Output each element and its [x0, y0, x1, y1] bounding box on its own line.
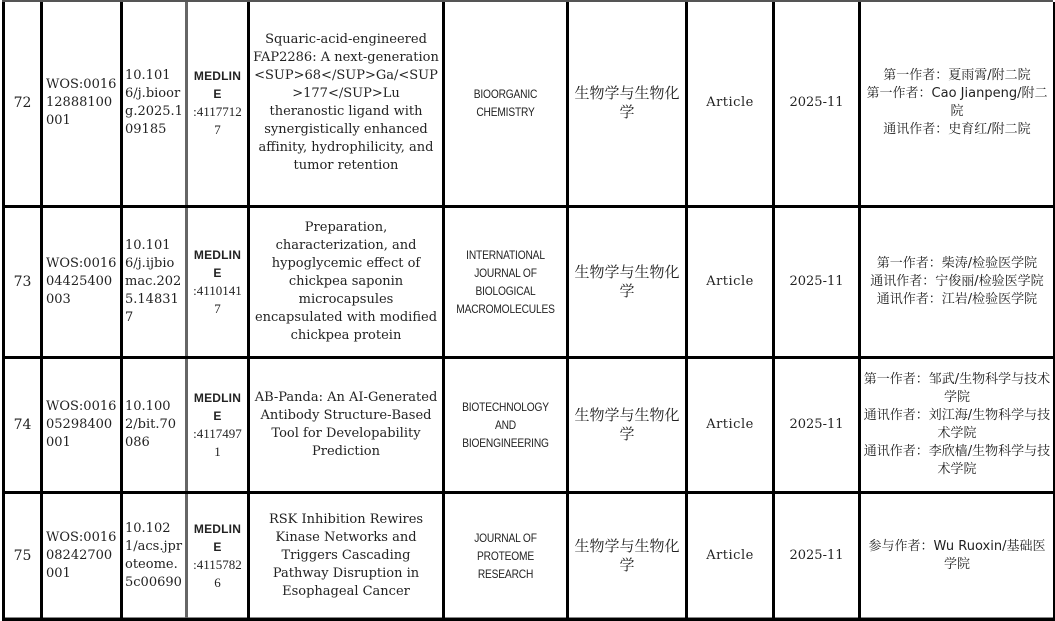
table-row: 73 WOS:001604425400003 10.1016/j.ijbioma… — [4, 206, 1055, 357]
document-type: Article — [687, 206, 774, 357]
row-number: 74 — [4, 357, 42, 492]
doi: 10.1002/bit.70086 — [122, 357, 187, 492]
journal-name-text: BIOORGANIC CHEMISTRY — [456, 85, 555, 121]
subject-category: 生物学与生物化学 — [568, 206, 687, 357]
wos-id: WOS:001605298400001 — [42, 357, 122, 492]
medline-prefix: MEDLINE — [194, 69, 241, 101]
subject-category: 生物学与生物化学 — [568, 2, 687, 206]
doi: 10.1016/j.bioorg.2025.109185 — [122, 2, 187, 206]
document-type: Article — [687, 357, 774, 492]
medline-id: MEDLINE:41174971 — [187, 357, 249, 492]
wos-id: WOS:001604425400003 — [42, 206, 122, 357]
medline-number: :41157826 — [193, 557, 242, 590]
article-title: RSK Inhibition Rewires Kinase Networks a… — [249, 492, 444, 619]
document-type: Article — [687, 2, 774, 206]
author-entry: 通讯作者：宁俊丽/检验医学院 — [863, 273, 1051, 291]
journal-name: INTERNATIONAL JOURNAL OF BIOLOGICAL MACR… — [444, 206, 568, 357]
publication-table: 72 WOS:001612888100001 10.1016/j.bioorg.… — [2, 2, 1055, 619]
row-number: 73 — [4, 206, 42, 357]
journal-name-text: BIOTECHNOLOGY AND BIOENGINEERING — [456, 398, 555, 452]
row-number: 75 — [4, 492, 42, 619]
author-entry: 通讯作者：江岩/检验医学院 — [863, 291, 1051, 309]
table-row: 72 WOS:001612888100001 10.1016/j.bioorg.… — [4, 2, 1055, 206]
author-entry: 第一作者：夏雨霄/附二院 — [863, 67, 1051, 85]
subject-category: 生物学与生物化学 — [568, 357, 687, 492]
medline-number: :41101417 — [193, 283, 242, 316]
subject-category: 生物学与生物化学 — [568, 492, 687, 619]
medline-prefix: MEDLINE — [194, 248, 241, 280]
authors: 第一作者：夏雨霄/附二院 第一作者：Cao Jianpeng/附二院 通讯作者：… — [860, 2, 1055, 206]
table-row: 75 WOS:001608242700001 10.1021/acs.jprot… — [4, 492, 1055, 619]
publication-date: 2025-11 — [774, 2, 860, 206]
author-entry: 通讯作者：刘江海/生物科学与技术学院 — [863, 407, 1051, 443]
doi: 10.1021/acs.jproteome.5c00690 — [122, 492, 187, 619]
publication-date: 2025-11 — [774, 357, 860, 492]
author-entry: 第一作者：柴涛/检验医学院 — [863, 255, 1051, 273]
authors: 参与作者：Wu Ruoxin/基础医学院 — [860, 492, 1055, 619]
publication-date: 2025-11 — [774, 206, 860, 357]
medline-number: :41177127 — [193, 104, 242, 137]
medline-id: MEDLINE:41177127 — [187, 2, 249, 206]
doi: 10.1016/j.ijbiomac.2025.148317 — [122, 206, 187, 357]
journal-name: BIOTECHNOLOGY AND BIOENGINEERING — [444, 357, 568, 492]
medline-id: MEDLINE:41101417 — [187, 206, 249, 357]
author-entry: 第一作者：Cao Jianpeng/附二院 — [863, 85, 1051, 121]
row-number: 72 — [4, 2, 42, 206]
medline-id: MEDLINE:41157826 — [187, 492, 249, 619]
journal-name: JOURNAL OF PROTEOME RESEARCH — [444, 492, 568, 619]
article-title: Squaric-acid-engineered FAP2286: A next-… — [249, 2, 444, 206]
author-entry: 参与作者：Wu Ruoxin/基础医学院 — [863, 538, 1051, 574]
authors: 第一作者：邹武/生物科学与技术学院 通讯作者：刘江海/生物科学与技术学院 通讯作… — [860, 357, 1055, 492]
journal-name: BIOORGANIC CHEMISTRY — [444, 2, 568, 206]
author-entry: 通讯作者：李欣樯/生物科学与技术学院 — [863, 443, 1051, 479]
wos-id: WOS:001612888100001 — [42, 2, 122, 206]
table-row: 74 WOS:001605298400001 10.1002/bit.70086… — [4, 357, 1055, 492]
journal-name-text: INTERNATIONAL JOURNAL OF BIOLOGICAL MACR… — [456, 246, 555, 318]
author-entry: 通讯作者：史育红/附二院 — [863, 121, 1051, 139]
document-type: Article — [687, 492, 774, 619]
medline-prefix: MEDLINE — [194, 522, 241, 554]
authors: 第一作者：柴涛/检验医学院 通讯作者：宁俊丽/检验医学院 通讯作者：江岩/检验医… — [860, 206, 1055, 357]
medline-prefix: MEDLINE — [194, 391, 241, 423]
publication-date: 2025-11 — [774, 492, 860, 619]
article-title: Preparation, characterization, and hypog… — [249, 206, 444, 357]
author-entry: 第一作者：邹武/生物科学与技术学院 — [863, 371, 1051, 407]
article-title: AB-Panda: An AI-Generated Antibody Struc… — [249, 357, 444, 492]
medline-number: :41174971 — [193, 426, 242, 459]
wos-id: WOS:001608242700001 — [42, 492, 122, 619]
publication-table-container: 72 WOS:001612888100001 10.1016/j.bioorg.… — [2, 0, 1053, 619]
journal-name-text: JOURNAL OF PROTEOME RESEARCH — [456, 529, 555, 583]
